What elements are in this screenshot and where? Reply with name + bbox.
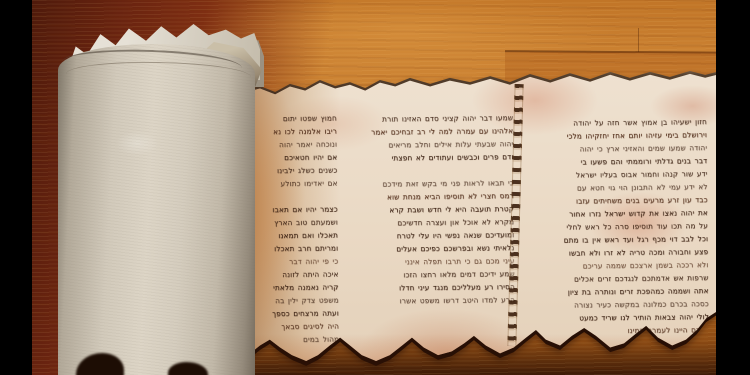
script-line: שמע ידיכם דמים מלאו רחצו הזכו — [345, 267, 515, 282]
letterbox-left — [0, 0, 32, 375]
parchment-burnt-edge: חמוץ שפטו יתוםריבו אלמנה לכו נאונוכחה יא… — [225, 68, 717, 368]
script-line: כי תבאו לראות פני מי בקש זאת מידכם — [344, 176, 514, 191]
script-line: יהודה שמעו שמים והאזיני ארץ כי יהוה — [531, 141, 707, 156]
script-line: חזון ישעיהו בן אמוץ אשר חזה על יהודה — [531, 115, 707, 130]
script-line: יהוה שבעתי עלות אילים וחלב מריאים — [343, 137, 513, 152]
script-line: לא ידע עמי לא התבונן הוי גוי חטא עם — [532, 180, 708, 195]
script-line: שמעו דבר יהוה קציני סדם האזינו תורת — [343, 111, 513, 126]
script-line: כסדם היינו לעמרה דמינו — [533, 323, 709, 338]
photo-frame: חמוץ שפטו יתוםריבו אלמנה לכו נאונוכחה יא… — [0, 0, 750, 375]
script-column-middle: שמעו דבר יהוה קציני סדם האזינו תורתאלהינ… — [343, 111, 515, 308]
script-column-right: חזון ישעיהו בן אמוץ אשר חזה על יהודהוירו… — [531, 115, 709, 338]
script-line: הרע למדו היטב דרשו משפט אשרו — [345, 293, 515, 308]
scroll-roll — [58, 44, 255, 375]
roll-burn-mark — [168, 362, 208, 375]
script-line: שרפות אש אדמתכם לנגדכם זרים אכלים — [532, 271, 708, 286]
script-line: מקרא לא אוכל און ועצרה חדשיכם — [344, 215, 514, 230]
script-line: כסכה בכרם כמלונה במקשה כעיר נצורה — [533, 297, 709, 312]
parchment-sheet: חמוץ שפטו יתוםריבו אלמנה לכו נאונוכחה יא… — [225, 71, 717, 363]
letterbox-right — [716, 0, 750, 375]
script-line: על מה תכו עוד תוסיפו סרה כל ראש לחלי — [532, 219, 708, 234]
roll-burn-mark — [76, 353, 124, 375]
